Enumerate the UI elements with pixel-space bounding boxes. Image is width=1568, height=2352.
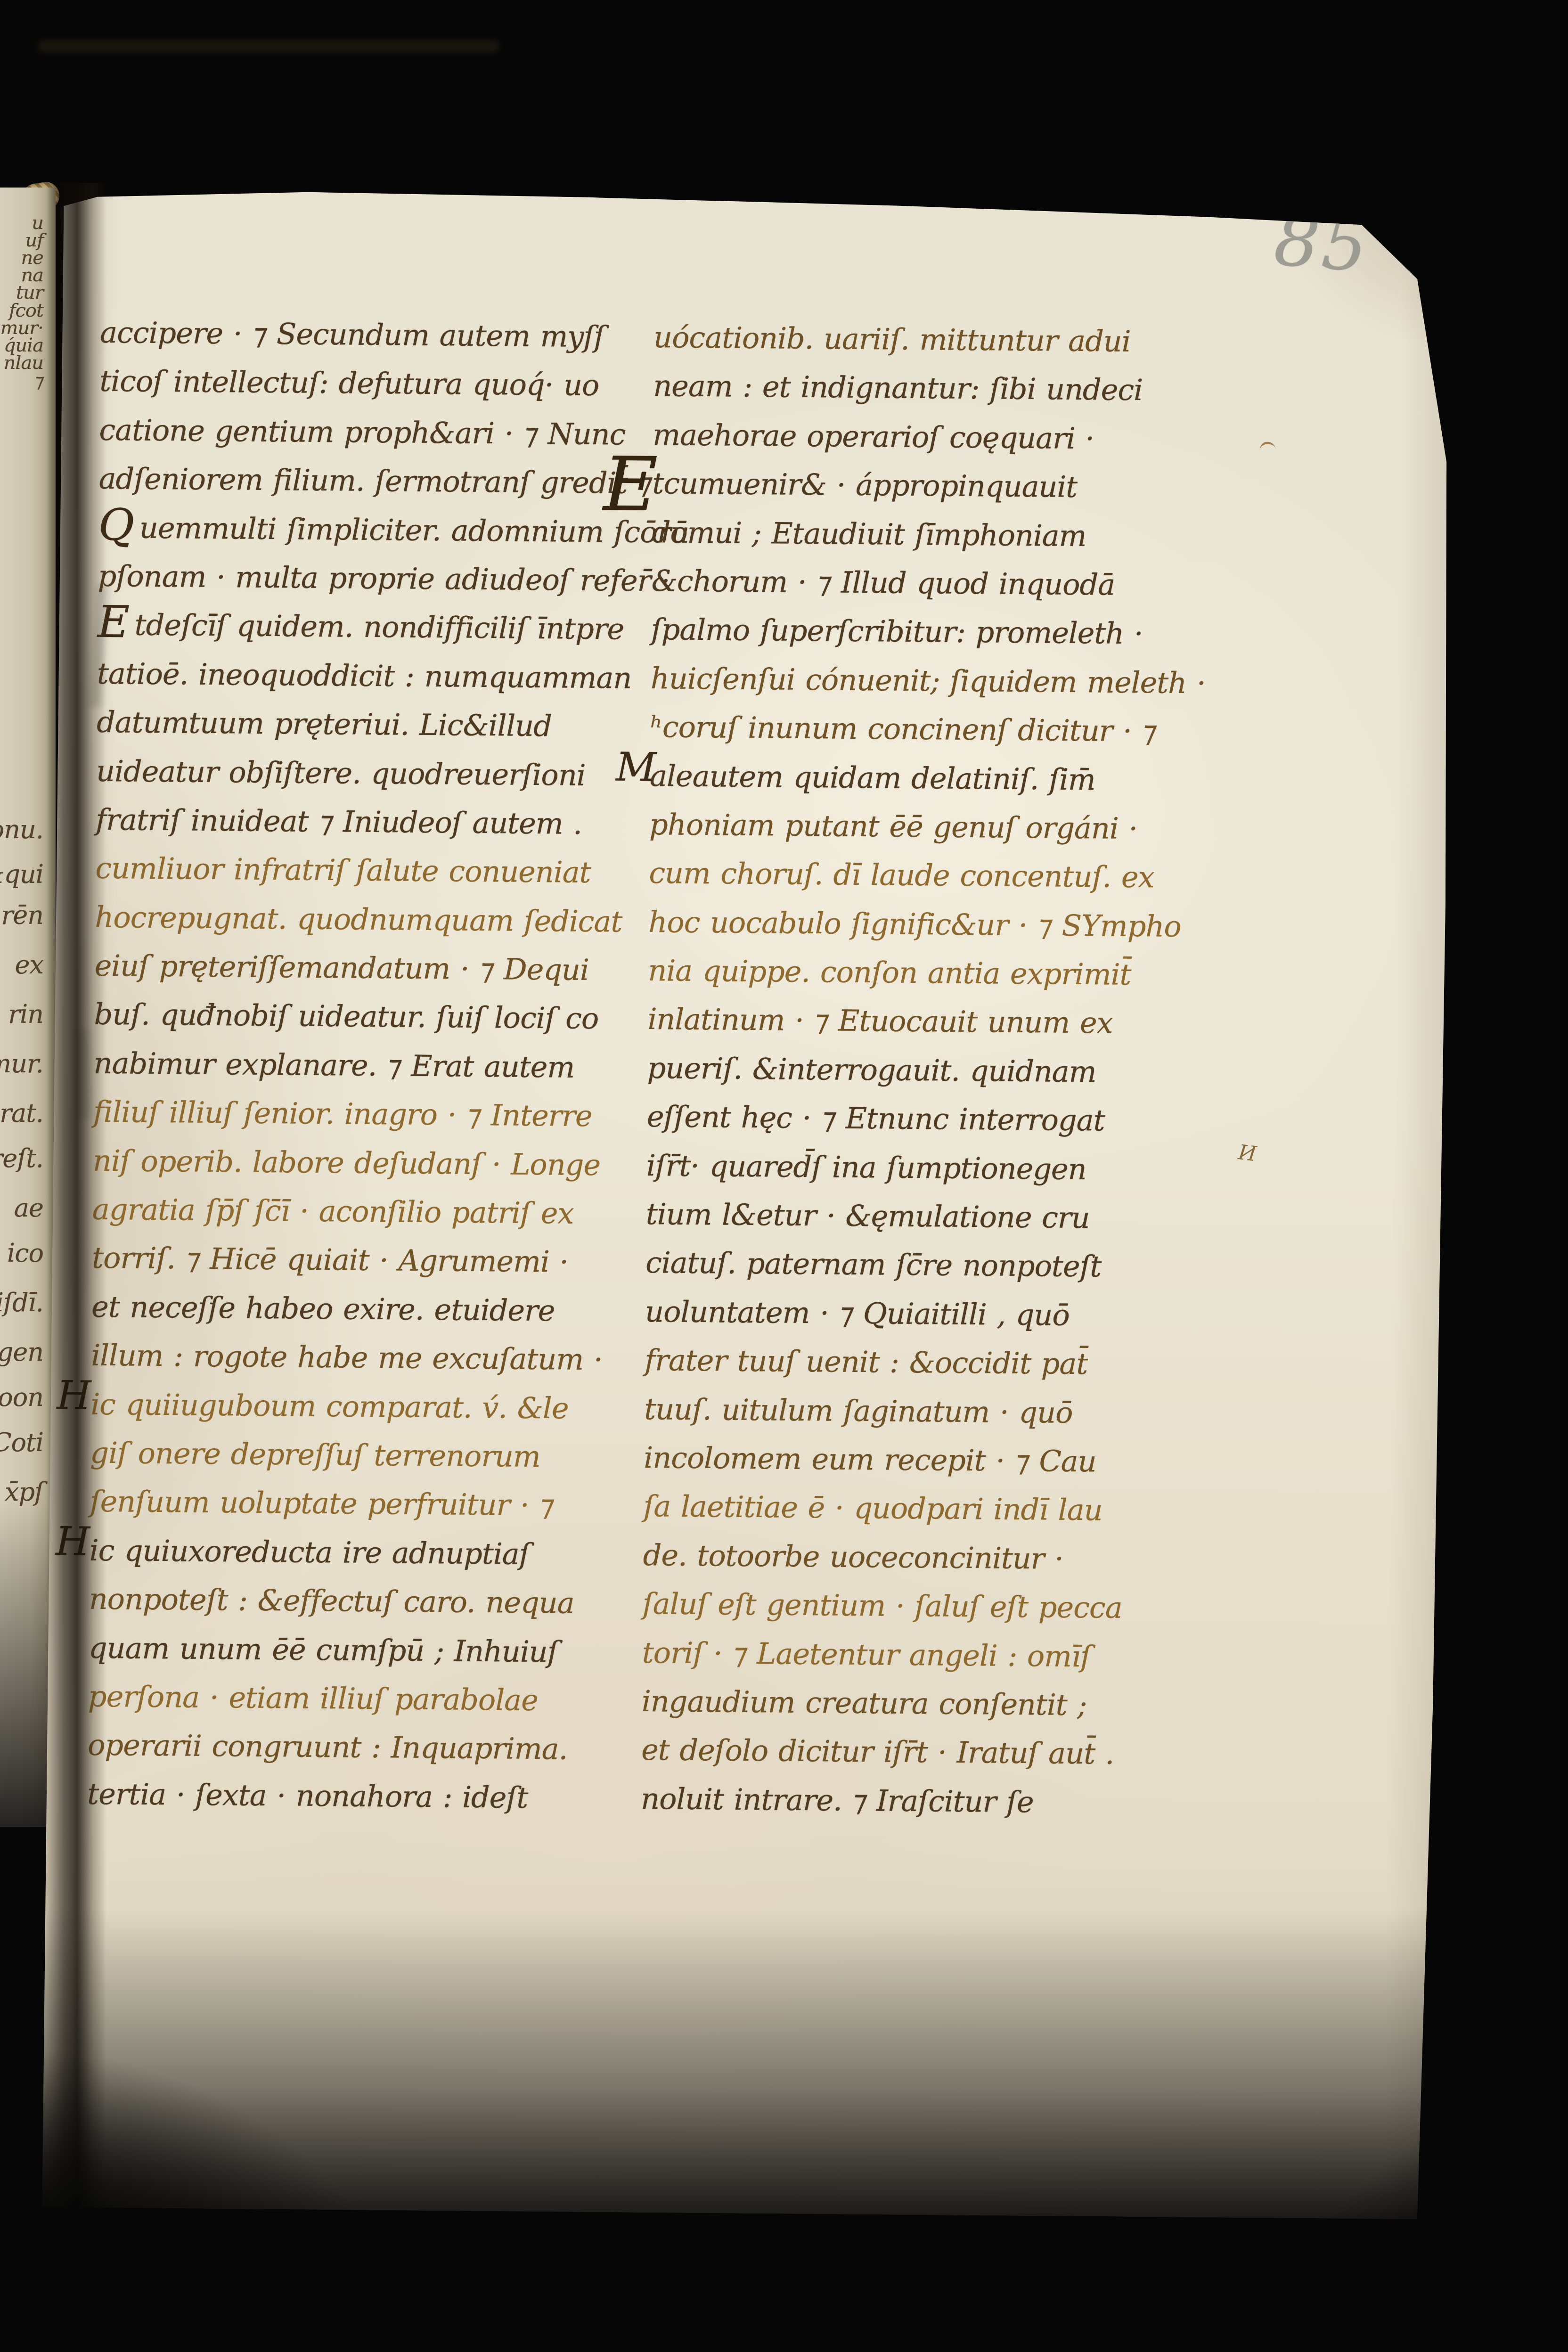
manuscript-line: frater tuuſ uenit : &occidit pat̄ <box>645 1336 1206 1389</box>
facing-page-text-fragment: &qui <box>0 859 43 889</box>
line-text: adſeniorem filium. ſermotranſ gredit̄ ⁊ <box>98 461 652 500</box>
manuscript-line: pſonam · multa proprie adiudeoſ refer̄ · <box>98 552 640 605</box>
facing-page-text-fragment: rēn <box>1 900 43 930</box>
manuscript-line: agratia ſp̄ſ ſc̄ī · aconſilio patriſ ex <box>92 1185 635 1238</box>
manuscript-line: ʰcoruſ inunum concinenſ dicitur · ⁊ <box>650 702 1211 756</box>
drop-initial: E <box>603 455 658 514</box>
line-text: inlatinum · ⁊ Etuocauit unum ex <box>647 1002 1113 1041</box>
facing-page-text-fragment: rin <box>8 999 43 1029</box>
manuscript-line: torriſ. ⁊ Hicē quiait · Agrumemi · <box>92 1233 634 1287</box>
manuscript-line: filiuſ illiuſ ſenior. inagro · ⁊ Interre <box>93 1087 635 1141</box>
manuscript-line: ſenſuum uoluptate perfruitur · ⁊ <box>90 1477 632 1530</box>
line-text: operarii congruunt : Inquaprima. <box>88 1728 568 1766</box>
manuscript-line: iſr̄t· quared̄ſ ina ſumptionegen <box>646 1141 1207 1195</box>
facing-page-text-fragment: ex <box>15 950 43 980</box>
line-text: ingaudium creatura conſentit ; <box>642 1684 1087 1722</box>
line-text: perſona · etiam illiuſ parabolae <box>88 1679 538 1717</box>
facing-page-text-fragment: coon <box>0 1382 43 1412</box>
line-text: ſa laetitiae ē · quodpari indī lau <box>643 1489 1102 1527</box>
binding-board-edge <box>38 40 499 52</box>
line-text: &chorum · ⁊ Illud quod inquodā <box>651 563 1115 602</box>
manuscript-line: toriſ · ⁊ Laetentur angeli : omīſ <box>642 1628 1203 1682</box>
line-text: ʰcoruſ inunum concinenſ dicitur · ⁊ <box>650 710 1156 748</box>
stray-ink-mark <box>1259 441 1276 452</box>
manuscript-line: giſ onere depreſſuſ terrenorum <box>90 1429 632 1482</box>
line-text: huicſenſui cónuenit; ſiquidem meleth · <box>651 661 1206 700</box>
margin-mark: И <box>1237 1140 1257 1166</box>
manuscript-line: eſſent hęc · ⁊ Etnunc interrogat <box>646 1092 1208 1146</box>
manuscript-line: ingaudium creatura conſentit ; <box>642 1677 1203 1731</box>
line-text: fratriſ inuideat ⁊ Iniudeoſ autem . <box>96 802 582 841</box>
line-text: tertia · ſexta · nonahora : ideſt <box>87 1776 528 1814</box>
line-text: uócationib. uariiſ. mittuntur adui <box>653 320 1131 359</box>
facing-page-text-fragment: onu. <box>0 815 43 844</box>
line-text: agratia ſp̄ſ ſc̄ī · aconſilio patriſ ex <box>92 1192 574 1231</box>
facing-page-text-fragment: x̄pſ <box>5 1477 43 1507</box>
manuscript-line: domui ; Etaudiuit ſīmphoniam <box>652 508 1213 562</box>
manuscript-line: tuuſ. uitulum ſaginatum · quō <box>644 1385 1205 1438</box>
text-column-left: accipere · ⁊ Secundum autem myſſticoſ in… <box>87 308 642 1823</box>
manuscript-line: nia quippe. conſon antia exprimit̄ <box>648 946 1209 1000</box>
manuscript-line: Maleautem quidam delatiniſ. ſim̄ <box>650 751 1211 805</box>
facing-page-text-fragment: reſt. <box>0 1143 43 1173</box>
manuscript-line: et neceſſe habeo exire. etuidere <box>91 1282 634 1336</box>
line-text: catione gentium proph&ari · ⁊ Nunc <box>99 413 626 452</box>
manuscript-line: ticoſ intellectuſ: defutura quoq́· uo <box>99 357 642 410</box>
line-text: ſaluſ eſt gentium · ſaluſ eſt pecca <box>642 1586 1122 1625</box>
line-text: cum choruſ. dī laude concentuſ. ex <box>649 856 1154 894</box>
manuscript-line: maehorae operarioſ coęquari · <box>653 410 1214 464</box>
drop-initial: M <box>616 751 656 783</box>
manuscript-line: Hic quiuxoreducta ire adnuptiaſ <box>89 1526 631 1579</box>
line-text: nonpoteſt : &effectuſ caro. nequa <box>89 1582 574 1620</box>
line-text: domui ; Etaudiuit ſīmphoniam <box>652 515 1086 553</box>
facing-page-text-fragment: emur. <box>0 1049 43 1078</box>
line-text: incolomem eum recepit · ⁊ Cau <box>644 1440 1096 1478</box>
line-text: datumtuum pręteriui. Lic&illud <box>97 705 552 743</box>
line-text: ic quiuxoreducta ire adnuptiaſ <box>89 1533 530 1571</box>
manuscript-line: tatioē. ineoquoddicit : numquamman <box>97 649 639 702</box>
line-text: tdeſcīſ quidem. nondifficiliſ īntpre <box>134 608 624 646</box>
line-text: aleautem quidam delatiniſ. ſim̄ <box>650 759 1095 797</box>
manuscript-line: tium l&etur · &ęmulatione cru <box>646 1190 1207 1243</box>
manuscript-line: phoniam putant ēē genuſ orgáni · <box>649 800 1210 854</box>
facing-page-text-fragment: ae <box>14 1193 43 1223</box>
line-text: neam : et indignantur: ſibi undeci <box>653 368 1143 407</box>
manuscript-line: datumtuum pręteriui. Lic&illud <box>97 698 639 751</box>
line-text: tium l&etur · &ęmulatione cru <box>646 1197 1090 1235</box>
line-text: ſpalmo ſuperſcribitur: promeleth · <box>651 612 1143 651</box>
facing-page-text-fragment: iſdī. <box>0 1288 43 1317</box>
line-text: niſ operib. labore deſudanſ · Longe <box>93 1143 601 1182</box>
manuscript-line: nonpoteſt : &effectuſ caro. nequa <box>89 1575 631 1628</box>
folio-number: 85 <box>1272 199 1373 288</box>
manuscript-line: ſa laetitiae ē · quodpari indī lau <box>643 1482 1204 1535</box>
facing-page-text-fragment: agen <box>0 1337 43 1367</box>
gutter-shadow <box>45 183 106 2218</box>
manuscript-line: operarii congruunt : Inquaprima. <box>88 1721 630 1774</box>
manuscript-line: huicſenſui cónuenit; ſiquidem meleth · <box>650 654 1211 708</box>
line-text: illum : rogote habe me excuſatum · <box>91 1338 603 1377</box>
manuscript-line: uócationib. uariiſ. mittuntur adui <box>653 313 1215 367</box>
manuscript-photograph: { "document": { "kind": "medieval manusc… <box>0 0 1568 2352</box>
line-text: nia quippe. conſon antia exprimit̄ <box>648 953 1131 992</box>
manuscript-line: adſeniorem filium. ſermotranſ gredit̄ ⁊ <box>98 454 641 507</box>
facing-page-text-fragment: ⁊ <box>34 370 43 392</box>
line-text: ticoſ intellectuſ: defutura quoq́· uo <box>99 364 599 402</box>
manuscript-line: uoluntatem · ⁊ Quiaitilli , quō <box>645 1287 1206 1341</box>
manuscript-line: ſaluſ eſt gentium · ſaluſ eſt pecca <box>642 1579 1203 1633</box>
manuscript-line: neam : et indignantur: ſibi undeci <box>653 361 1214 415</box>
line-text: toriſ · ⁊ Laetentur angeli : omīſ <box>642 1635 1091 1674</box>
line-text: eiuſ pręteriſſemandatum · ⁊ Dequi <box>94 948 589 987</box>
manuscript-line: noluit intrare. ⁊ Iraſcitur ſe <box>641 1774 1202 1828</box>
line-text: nabimur explanare. ⁊ Erat autem <box>93 1046 574 1085</box>
line-text: torriſ. ⁊ Hicē quiait · Agrumemi · <box>92 1241 569 1279</box>
manuscript-line: et deſolo dicitur iſr̄t · Iratuſ aut̄ . <box>641 1725 1202 1779</box>
line-text: quam unum ēē cumſpū ; Inhuiuſ <box>89 1630 558 1669</box>
line-text: de. totoorbe uoceconcinitur · <box>643 1538 1063 1576</box>
line-text: hoc uocabulo ſignific&ur · ⁊ SYmpho <box>648 905 1181 944</box>
manuscript-line: Hic quiiuguboum comparat. v́. &le <box>90 1380 633 1433</box>
manuscript-line: ciatuſ. paternam ſc̄re nonpoteſt <box>645 1238 1207 1292</box>
manuscript-page: 85 accipere · ⁊ Secundum autem myſſticoſ… <box>38 186 1457 2220</box>
line-text: phoniam putant ēē genuſ orgáni · <box>649 807 1138 846</box>
manuscript-line: eiuſ pręteriſſemandatum · ⁊ Dequi <box>94 941 637 995</box>
line-text: hocrepugnat. quodnumquam ſedicat <box>95 899 622 939</box>
manuscript-line: illum : rogote habe me excuſatum · <box>91 1331 633 1384</box>
line-text: tcumuenir& · áppropinquauit <box>652 466 1077 504</box>
line-text: eſſent hęc · ⁊ Etnunc interrogat <box>646 1099 1104 1137</box>
line-text: maehorae operarioſ coęquari · <box>653 417 1094 456</box>
line-text: giſ onere depreſſuſ terrenorum <box>90 1436 540 1474</box>
line-text: frater tuuſ uenit : &occidit pat̄ <box>645 1343 1088 1381</box>
facing-page-text-fragment: rat. <box>0 1098 43 1128</box>
manuscript-line: hoc uocabulo ſignific&ur · ⁊ SYmpho <box>648 898 1209 951</box>
manuscript-line: pueriſ. &interrogauit. quidnam <box>647 1044 1208 1097</box>
manuscript-line: de. totoorbe uoceconcinitur · <box>643 1531 1204 1584</box>
text-column-right: uócationib. uariiſ. mittuntur aduineam :… <box>641 313 1215 1828</box>
manuscript-line: cumliuor infratriſ ſalute conueniat <box>95 844 637 897</box>
manuscript-line: buſ. quđnobiſ uideatur. ſuiſ lociſ co <box>94 990 636 1043</box>
line-text: noluit intrare. ⁊ Iraſcitur ſe <box>641 1781 1034 1819</box>
line-text: buſ. quđnobiſ uideatur. ſuiſ lociſ co <box>94 997 598 1036</box>
line-text: filiuſ illiuſ ſenior. inagro · ⁊ Interre <box>93 1094 593 1133</box>
manuscript-line: accipere · ⁊ Secundum autem myſſ <box>100 308 642 361</box>
line-text: et neceſſe habeo exire. etuidere <box>91 1290 555 1328</box>
manuscript-line: uideatur obſiſtere. quodreuerſioni <box>96 746 638 800</box>
line-text: tuuſ. uitulum ſaginatum · quō <box>644 1392 1073 1430</box>
manuscript-line: Etdeſcīſ quidem. nondifficiliſ īntpre <box>97 600 639 653</box>
line-text: cumliuor infratriſ ſalute conueniat <box>95 851 591 890</box>
line-text: et deſolo dicitur iſr̄t · Iratuſ aut̄ . <box>641 1732 1114 1771</box>
manuscript-line: Etcumuenir& · áppropinquauit <box>652 459 1213 513</box>
line-text: iſr̄t· quared̄ſ ina ſumptionegen <box>646 1148 1086 1186</box>
line-text: ic quiiuguboum comparat. v́. &le <box>90 1387 569 1425</box>
line-text: uoluntatem · ⁊ Quiaitilli , quō <box>645 1294 1070 1332</box>
manuscript-line: nabimur explanare. ⁊ Erat autem <box>93 1039 636 1092</box>
line-text: ciatuſ. paternam ſc̄re nonpoteſt <box>645 1245 1102 1283</box>
manuscript-line: fratriſ inuideat ⁊ Iniudeoſ autem . <box>96 795 638 849</box>
line-text: tatioē. ineoquoddicit : numquamman <box>97 656 632 695</box>
line-text: accipere · ⁊ Secundum autem myſſ <box>100 315 604 354</box>
manuscript-line: tertia · ſexta · nonahora : ideſt <box>87 1769 629 1822</box>
line-text: uideatur obſiſtere. quodreuerſioni <box>96 753 586 792</box>
manuscript-line: niſ operib. labore deſudanſ · Longe <box>93 1136 635 1189</box>
manuscript-line: cum choruſ. dī laude concentuſ. ex <box>649 849 1210 902</box>
manuscript-line: &chorum · ⁊ Illud quod inquodā <box>651 556 1212 610</box>
manuscript-line: ſpalmo ſuperſcribitur: promeleth · <box>651 605 1212 659</box>
line-text: pueriſ. &interrogauit. quidnam <box>647 1051 1096 1089</box>
manuscript-line: Quemmulti ſimpliciter. adomnium ſcōrū <box>98 503 640 556</box>
manuscript-line: perſona · etiam illiuſ parabolae <box>88 1672 630 1725</box>
line-text: pſonam · multa proprie adiudeoſ refer̄ · <box>98 559 670 598</box>
manuscript-line: inlatinum · ⁊ Etuocauit unum ex <box>647 995 1209 1049</box>
facing-page-text-fragment: ico <box>7 1238 43 1268</box>
manuscript-line: incolomem eum recepit · ⁊ Cau <box>644 1433 1205 1487</box>
line-text: ſenſuum uoluptate perfruitur · ⁊ <box>90 1484 553 1523</box>
manuscript-line: hocrepugnat. quodnumquam ſedicat <box>95 892 637 946</box>
manuscript-line: quam unum ēē cumſpū ; Inhuiuſ <box>88 1623 630 1676</box>
manuscript-line: catione gentium proph&ari · ⁊ Nunc <box>99 406 641 459</box>
facing-page-text-fragment: Coti <box>0 1428 43 1457</box>
